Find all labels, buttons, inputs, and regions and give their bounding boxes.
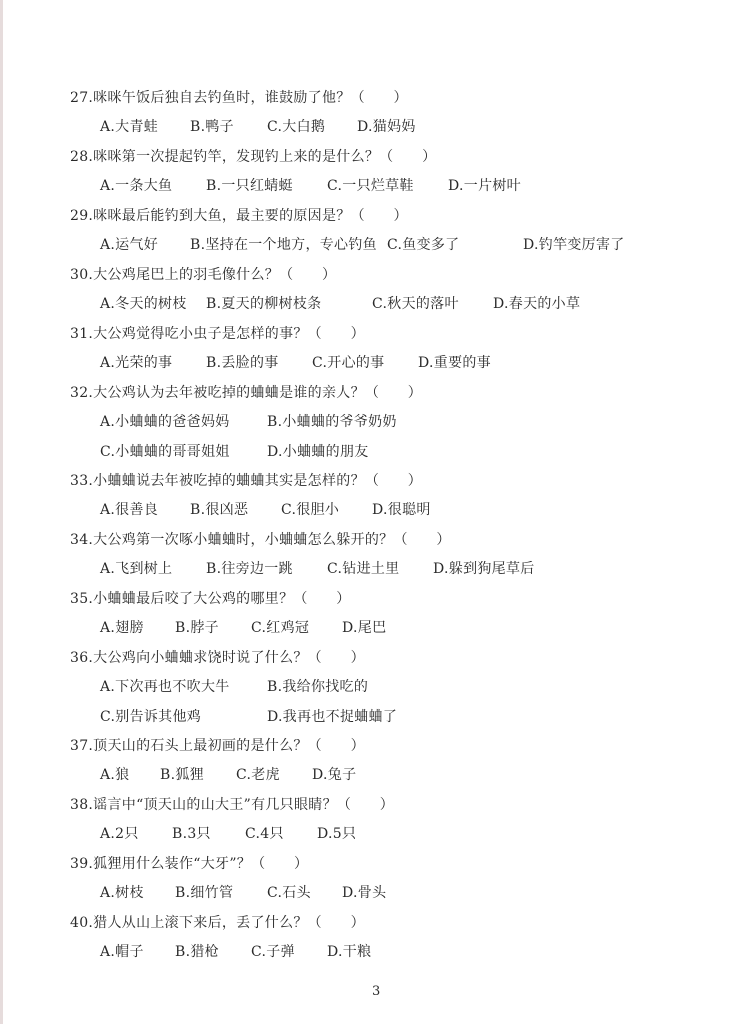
option-c: C.4只 bbox=[245, 825, 284, 843]
option-b: B.坚持在一个地方，专心钓鱼 bbox=[190, 236, 377, 254]
option-a: A.翅膀 bbox=[100, 619, 144, 637]
question-35: 35.小蛐蛐最后咬了大公鸡的哪里？（ ） bbox=[70, 590, 351, 608]
option-a: A.大青蛙 bbox=[100, 118, 158, 136]
option-a: A.冬天的树枝 bbox=[100, 295, 187, 313]
question-39: 39.狐狸用什么装作“大牙”？（ ） bbox=[70, 855, 308, 873]
option-b: B.很凶恶 bbox=[190, 501, 248, 519]
option-c: C.老虎 bbox=[236, 766, 280, 784]
option-d: D.兔子 bbox=[312, 766, 356, 784]
question-33: 33.小蛐蛐说去年被吃掉的蛐蛐其实是怎样的？（ ） bbox=[70, 472, 422, 490]
option-d: D.小蛐蛐的朋友 bbox=[267, 443, 369, 461]
option-a: A.树枝 bbox=[100, 884, 144, 902]
option-b: B.丢脸的事 bbox=[206, 354, 279, 372]
option-b: B.脖子 bbox=[175, 619, 219, 637]
question-34: 34.大公鸡第一次啄小蛐蛐时，小蛐蛐怎么躲开的？（ ） bbox=[70, 531, 451, 549]
option-c: C.大白鹅 bbox=[267, 118, 325, 136]
option-c: C.子弹 bbox=[251, 943, 295, 961]
document-page: 27.咪咪午饭后独自去钓鱼时，谁鼓励了他？（ ） A.大青蛙 B.鸭子 C.大白… bbox=[0, 0, 753, 1024]
question-32: 32.大公鸡认为去年被吃掉的蛐蛐是谁的亲人？（ ） bbox=[70, 384, 422, 402]
question-31: 31.大公鸡觉得吃小虫子是怎样的事？（ ） bbox=[70, 325, 365, 343]
option-d: D.尾巴 bbox=[342, 619, 386, 637]
option-b: B.夏天的柳树枝条 bbox=[206, 295, 321, 313]
option-d: D.我再也不捉蛐蛐了 bbox=[267, 708, 397, 726]
option-c: C.小蛐蛐的哥哥姐姐 bbox=[100, 443, 230, 461]
option-d: D.猫妈妈 bbox=[357, 118, 416, 136]
option-c: C.一只烂草鞋 bbox=[327, 177, 414, 195]
option-c: C.秋天的落叶 bbox=[372, 295, 459, 313]
question-36: 36.大公鸡向小蛐蛐求饶时说了什么？（ ） bbox=[70, 649, 365, 667]
option-c: C.石头 bbox=[267, 884, 311, 902]
option-a: A.帽子 bbox=[100, 943, 144, 961]
option-d: D.春天的小草 bbox=[493, 295, 580, 313]
option-b: B.3只 bbox=[172, 825, 211, 843]
option-b: B.我给你找吃的 bbox=[267, 678, 368, 696]
page-number: 3 bbox=[372, 984, 380, 1000]
question-29: 29.咪咪最后能钓到大鱼，最主要的原因是？（ ） bbox=[70, 207, 408, 225]
question-27: 27.咪咪午饭后独自去钓鱼时，谁鼓励了他？（ ） bbox=[70, 89, 408, 107]
option-b: B.狐狸 bbox=[160, 766, 204, 784]
option-d: D.一片树叶 bbox=[448, 177, 521, 195]
option-a: A.飞到树上 bbox=[100, 560, 172, 578]
question-40: 40.猎人从山上滚下来后，丢了什么？（ ） bbox=[70, 914, 365, 932]
option-d: D.5只 bbox=[317, 825, 356, 843]
option-d: D.钓竿变厉害了 bbox=[523, 236, 625, 254]
option-b: B.细竹管 bbox=[175, 884, 233, 902]
option-b: B.小蛐蛐的爷爷奶奶 bbox=[267, 413, 397, 431]
option-b: B.往旁边一跳 bbox=[206, 560, 293, 578]
option-b: B.鸭子 bbox=[190, 118, 234, 136]
question-30: 30.大公鸡尾巴上的羽毛像什么？（ ） bbox=[70, 266, 336, 284]
option-a: A.很善良 bbox=[100, 501, 158, 519]
option-d: D.骨头 bbox=[342, 884, 386, 902]
option-a: A.下次再也不吹大牛 bbox=[100, 678, 230, 696]
option-c: C.鱼变多了 bbox=[387, 236, 459, 254]
option-d: D.躲到狗尾草后 bbox=[433, 560, 535, 578]
option-c: C.很胆小 bbox=[281, 501, 339, 519]
question-38: 38.谣言中“顶天山的山大王”有几只眼睛？（ ） bbox=[70, 796, 394, 814]
option-a: A.小蛐蛐的爸爸妈妈 bbox=[100, 413, 230, 431]
option-a: A.狼 bbox=[100, 766, 129, 784]
option-c: C.别告诉其他鸡 bbox=[100, 708, 201, 726]
option-b: B.一只红蜻蜓 bbox=[206, 177, 293, 195]
question-37: 37.顶天山的石头上最初画的是什么？（ ） bbox=[70, 737, 365, 755]
option-c: C.开心的事 bbox=[312, 354, 384, 372]
option-b: B.猎枪 bbox=[175, 943, 219, 961]
question-28: 28.咪咪第一次提起钓竿，发现钓上来的是什么？（ ） bbox=[70, 148, 436, 166]
option-d: D.很聪明 bbox=[372, 501, 431, 519]
option-d: D.干粮 bbox=[327, 943, 371, 961]
option-a: A.2只 bbox=[100, 825, 139, 843]
option-a: A.光荣的事 bbox=[100, 354, 172, 372]
option-a: A.一条大鱼 bbox=[100, 177, 172, 195]
option-a: A.运气好 bbox=[100, 236, 158, 254]
option-c: C.红鸡冠 bbox=[251, 619, 309, 637]
option-d: D.重要的事 bbox=[418, 354, 491, 372]
option-c: C.钻进土里 bbox=[327, 560, 399, 578]
